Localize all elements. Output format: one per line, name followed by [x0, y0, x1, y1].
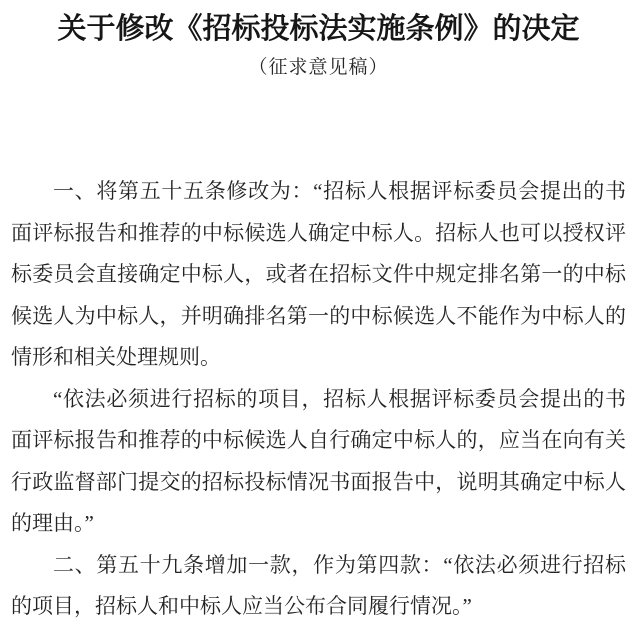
body-paragraph-3: 二、第五十九条增加一款，作为第四款：“依法必须进行招标的项目，招标人和中标人应当…	[11, 545, 626, 628]
document-title: 关于修改《招标投标法实施条例》的决定	[11, 12, 626, 46]
document-page: 关于修改《招标投标法实施条例》的决定 （征求意见稿） 一、将第五十五条修改为：“…	[0, 0, 640, 642]
body-paragraph-1: 一、将第五十五条修改为：“招标人根据评标委员会提出的书面评标报告和推荐的中标候选…	[11, 171, 626, 379]
document-body: 一、将第五十五条修改为：“招标人根据评标委员会提出的书面评标报告和推荐的中标候选…	[11, 171, 626, 628]
document-subtitle: （征求意见稿）	[11, 55, 626, 81]
body-paragraph-2: “依法必须进行招标的项目，招标人根据评标委员会提出的书面评标报告和推荐的中标候选…	[11, 379, 626, 545]
